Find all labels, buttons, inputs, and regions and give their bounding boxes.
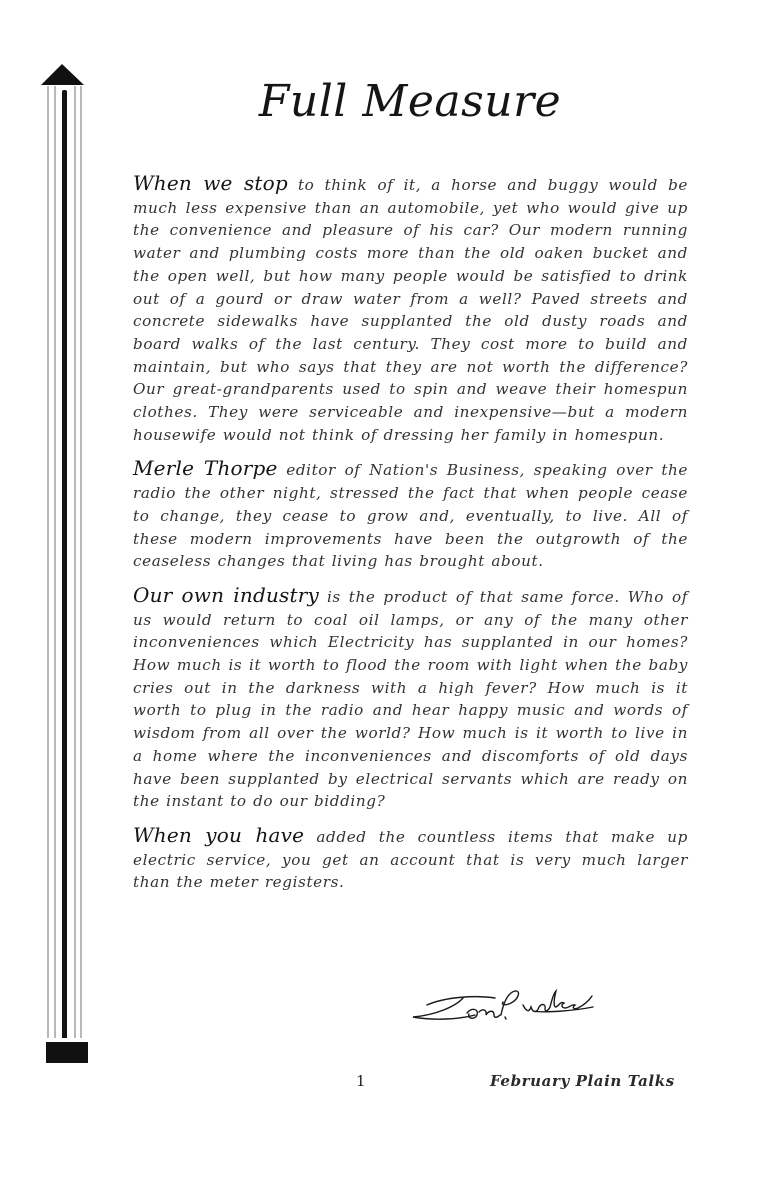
- pillar-ornament-icon: [40, 64, 90, 1066]
- paragraph: When you have added the countless items …: [133, 824, 688, 894]
- triangle-cap: [41, 64, 84, 85]
- paragraph: Merle Thorpe editor of Nation's Business…: [133, 457, 688, 573]
- article-body: When we stop to think of it, a horse and…: [133, 172, 688, 905]
- page-number: 1: [356, 1072, 366, 1090]
- paragraph-text: is the product of that same force. Who o…: [133, 588, 688, 810]
- column-rule: [74, 86, 76, 1038]
- paragraph-lead: When we stop: [133, 171, 288, 195]
- column-rule: [80, 86, 82, 1038]
- signature-icon: [405, 985, 655, 1030]
- page-title: Full Measure: [130, 76, 690, 127]
- paragraph-lead: When you have: [133, 823, 304, 847]
- column-rule: [47, 86, 49, 1038]
- publication-title: February Plain Talks: [490, 1072, 675, 1090]
- paragraph: Our own industry is the product of that …: [133, 584, 688, 813]
- column-rule-thick: [62, 90, 67, 1038]
- column-base: [46, 1042, 88, 1063]
- document-page: Full Measure When we stop to think of it…: [0, 0, 781, 1200]
- paragraph: When we stop to think of it, a horse and…: [133, 172, 688, 446]
- paragraph-lead: Merle Thorpe: [133, 456, 278, 480]
- column-rule: [54, 86, 56, 1038]
- paragraph-text: to think of it, a horse and buggy would …: [133, 176, 688, 444]
- paragraph-lead: Our own industry: [133, 583, 319, 607]
